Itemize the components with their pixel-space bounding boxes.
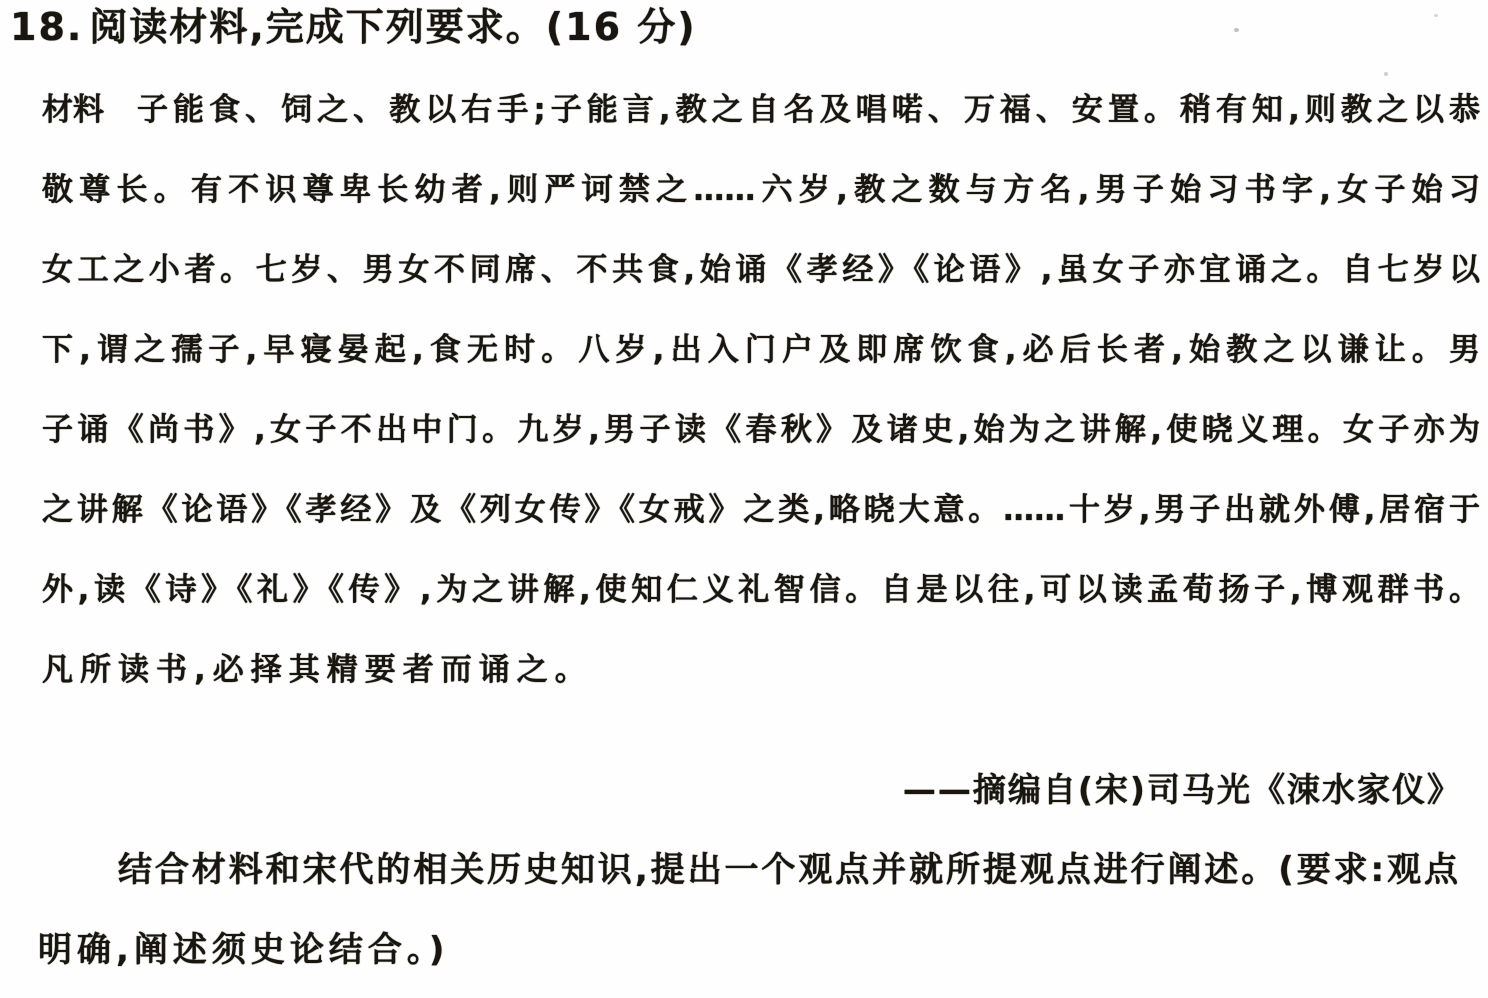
material-line: 敬尊长。有不识尊卑长幼者,则严诃禁之……六岁,教之数与方名,男子始习书字,女子始… xyxy=(42,150,1480,230)
material-line: 材料子能食、饲之、教以右手;子能言,教之自名及唱喏、万福、安置。稍有知,则教之以… xyxy=(42,70,1480,150)
source-attribution: ——摘编自(宋)司马光《涑水家仪》 xyxy=(42,750,1462,830)
material-line: 下,谓之孺子,早寝晏起,食无时。八岁,出入门户及即席饮食,必后长者,始教之以谦让… xyxy=(42,310,1480,390)
question-prompt: 阅读材料,完成下列要求。(16 分) xyxy=(89,5,696,49)
scan-speck xyxy=(556,416,560,419)
material-paragraph: 材料子能食、饲之、教以右手;子能言,教之自名及唱喏、万福、安置。稍有知,则教之以… xyxy=(42,70,1480,710)
essay-task-paragraph: 结合材料和宋代的相关历史知识,提出一个观点并就所提观点进行阐述。(要求:观点 明… xyxy=(38,830,1458,990)
material-line: 子诵《尚书》,女子不出中门。九岁,男子读《春秋》及诸史,始为之讲解,使晓义理。女… xyxy=(42,390,1480,470)
question-heading: 18.阅读材料,完成下列要求。(16 分) xyxy=(10,2,697,52)
material-line: 女工之小者。七岁、男女不同席、不共食,始诵《孝经》《论语》,虽女子亦宜诵之。自七… xyxy=(42,230,1480,310)
material-line: 外,读《诗》《礼》《传》,为之讲解,使知仁义礼智信。自是以往,可以读孟荀扬子,博… xyxy=(42,550,1480,630)
task-line: 结合材料和宋代的相关历史知识,提出一个观点并就所提观点进行阐述。(要求:观点 xyxy=(38,830,1458,910)
task-line: 明确,阐述须史论结合。) xyxy=(38,910,1458,990)
exam-scan-page: 18.阅读材料,完成下列要求。(16 分) 材料子能食、饲之、教以右手;子能言,… xyxy=(0,0,1488,998)
scan-speck xyxy=(1234,28,1239,32)
material-line: 之讲解《论语》《孝经》及《列女传》《女戒》之类,略晓大意。……十岁,男子出就外傅… xyxy=(42,470,1480,550)
material-line-text: 子能食、饲之、教以右手;子能言,教之自名及唱喏、万福、安置。稍有知,则教之以恭 xyxy=(132,92,1480,128)
material-line: 凡所读书,必择其精要者而诵之。 xyxy=(42,630,1480,710)
scan-speck xyxy=(1434,14,1438,17)
scan-speck xyxy=(1384,72,1388,76)
question-number: 18. xyxy=(10,5,83,49)
material-label: 材料 xyxy=(42,70,132,150)
